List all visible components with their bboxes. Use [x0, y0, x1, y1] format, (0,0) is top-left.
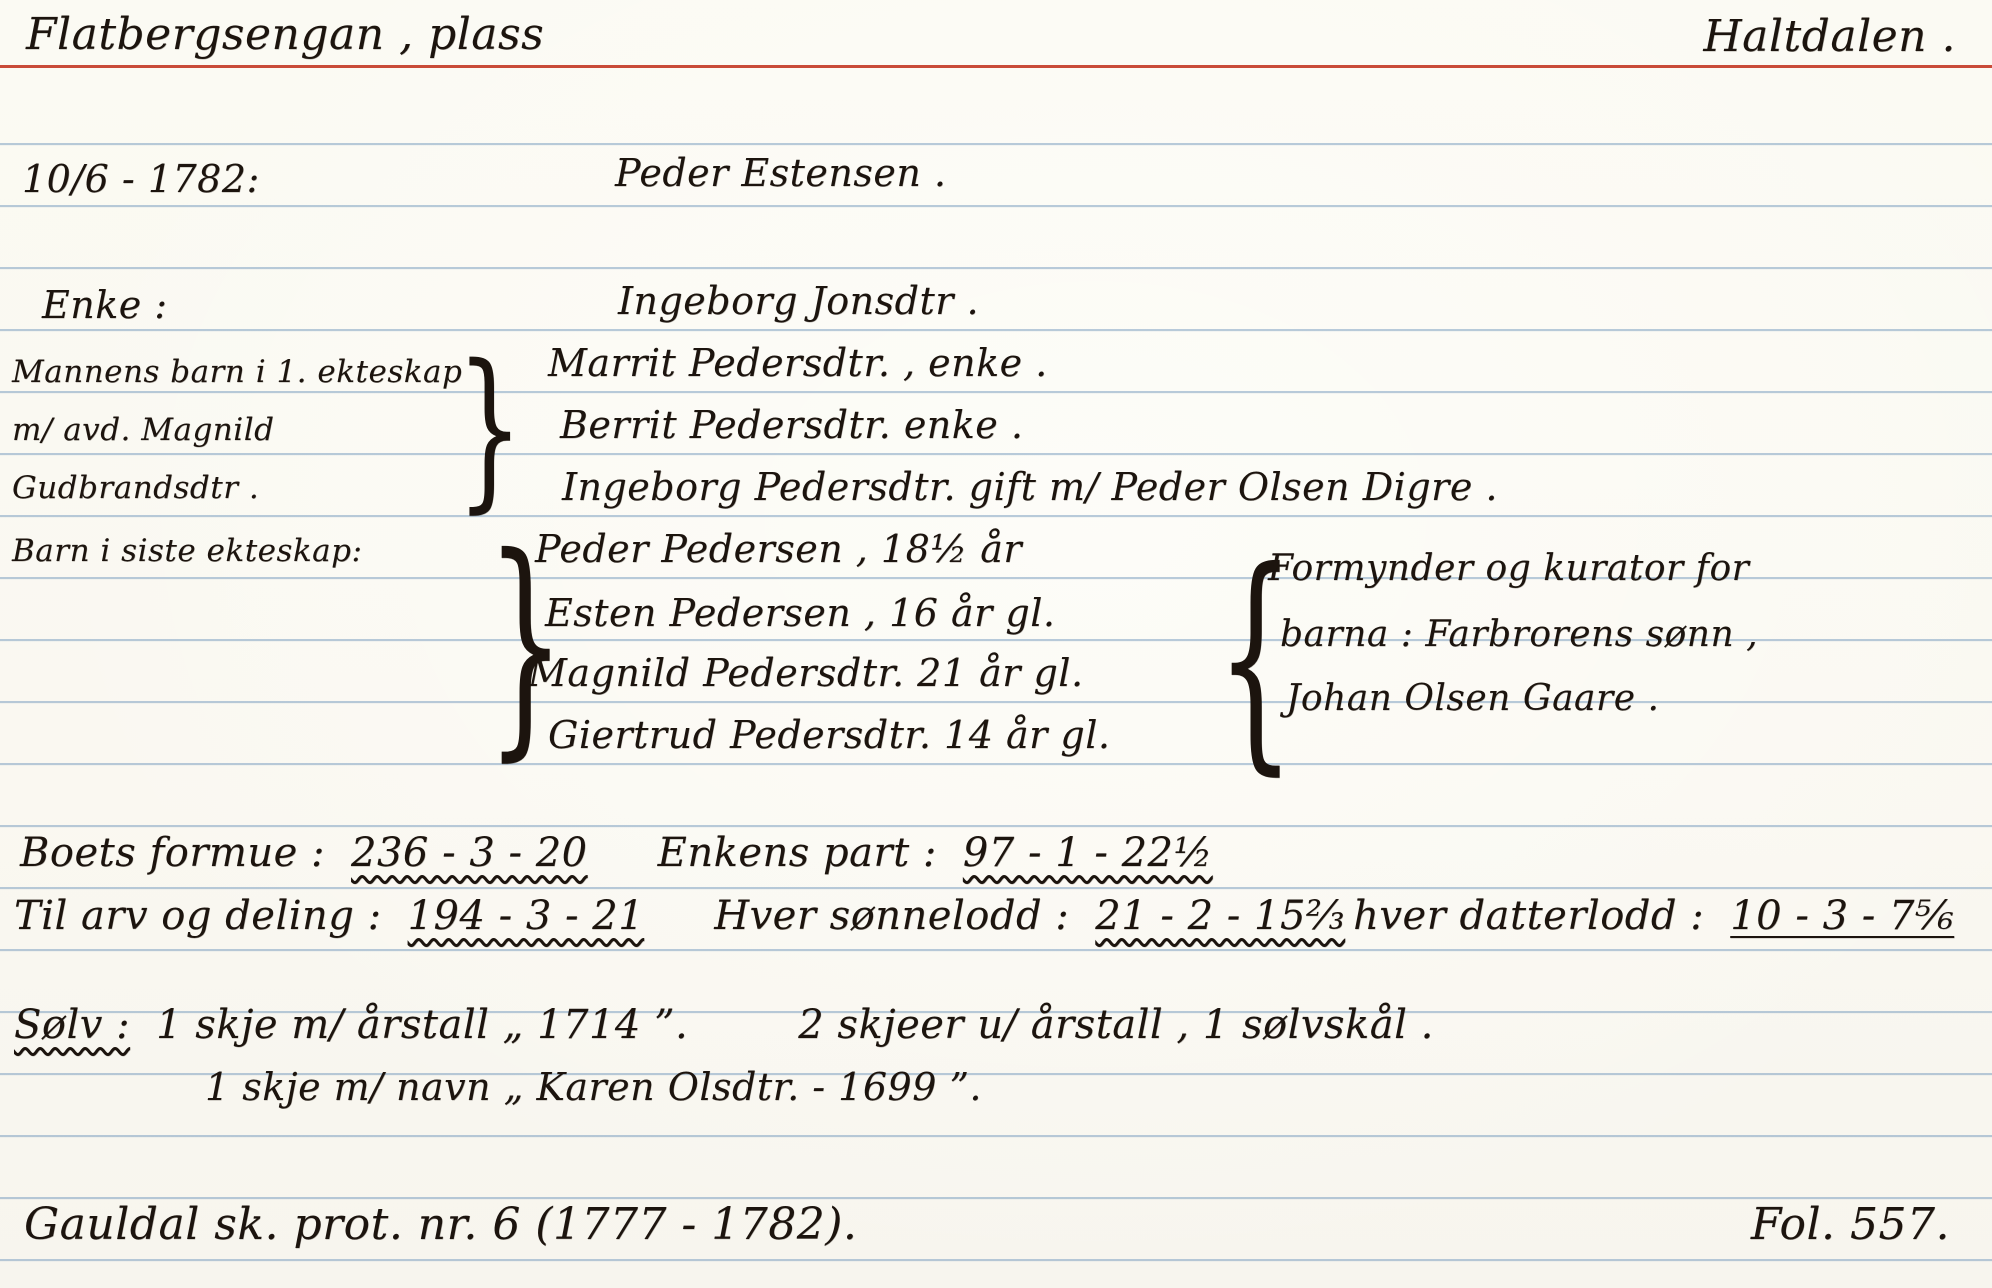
first-marriage-label-line1: Mannens barn i 1. ekteskap	[12, 355, 462, 391]
child-last-marriage-3: Magnild Pedersdtr. 21 år gl.	[528, 652, 1084, 696]
widow-name: Ingeborg Jonsdtr .	[618, 280, 979, 324]
farm-place-name: Flatbergsengan , plass	[26, 10, 544, 61]
inheritance-label: Til arv og deling :	[14, 893, 382, 939]
estate-assets-value: 236 - 3 - 20	[351, 830, 588, 876]
printed-red-rule	[0, 65, 1992, 68]
child-last-marriage-2: Esten Pedersen , 16 år gl.	[545, 592, 1055, 636]
child-first-marriage-3: Ingeborg Pedersdtr. gift m/ Peder Olsen …	[562, 466, 1498, 510]
protocol-reference: Gauldal sk. prot. nr. 6 (1777 - 1782).	[24, 1200, 857, 1251]
district-name: Haltdalen .	[1703, 12, 1956, 63]
probate-date: 10/6 - 1782:	[22, 158, 260, 202]
first-marriage-label-line3: Gudbrandsdtr .	[12, 471, 259, 507]
daughter-lot-label: hver datterlodd :	[1353, 893, 1704, 939]
silver-item-2: 2 skjeer u/ årstall , 1 sølvskål .	[798, 1002, 1434, 1048]
widow-share-label: Enkens part :	[658, 830, 937, 876]
last-marriage-label: Barn i siste ekteskap:	[12, 534, 362, 570]
widow-share-value: 97 - 1 - 22½	[963, 830, 1213, 876]
silver-item-3: 1 skje m/ navn „ Karen Olsdtr. - 1699 ”.	[205, 1066, 982, 1110]
deceased-name: Peder Estensen .	[615, 152, 947, 196]
son-lot-label: Hver sønnelodd :	[714, 893, 1069, 939]
child-last-marriage-1: Peder Pedersen , 18½ år	[535, 528, 1022, 572]
child-last-marriage-4: Giertrud Pedersdtr. 14 år gl.	[548, 714, 1110, 758]
archive-index-card: Flatbergsengan , plass Haltdalen . 10/6 …	[0, 0, 1992, 1288]
guardian-note-line1: Formynder og kurator for	[1268, 548, 1749, 589]
son-lot-value: 21 - 2 - 15⅔	[1095, 893, 1345, 939]
folio-reference: Fol. 557.	[1751, 1200, 1950, 1251]
child-first-marriage-2: Berrit Pedersdtr. enke .	[560, 404, 1023, 448]
guardian-note-line2: barna : Farbrorens sønn ,	[1280, 614, 1758, 655]
guardian-note-line3: Johan Olsen Gaare .	[1286, 678, 1659, 719]
widow-label: Enke :	[42, 284, 168, 328]
printed-blue-ruling	[0, 130, 1992, 1288]
silver-item-1: 1 skje m/ årstall „ 1714 ”.	[156, 1002, 688, 1048]
child-first-marriage-1: Marrit Pedersdtr. , enke .	[548, 342, 1048, 386]
daughter-lot-value: 10 - 3 - 7⅚	[1730, 893, 1954, 939]
first-marriage-label-line2: m/ avd. Magnild	[12, 413, 274, 449]
silver-label: Sølv :	[14, 1002, 130, 1048]
inheritance-value: 194 - 3 - 21	[408, 893, 645, 939]
estate-assets-label: Boets formue :	[20, 830, 325, 876]
